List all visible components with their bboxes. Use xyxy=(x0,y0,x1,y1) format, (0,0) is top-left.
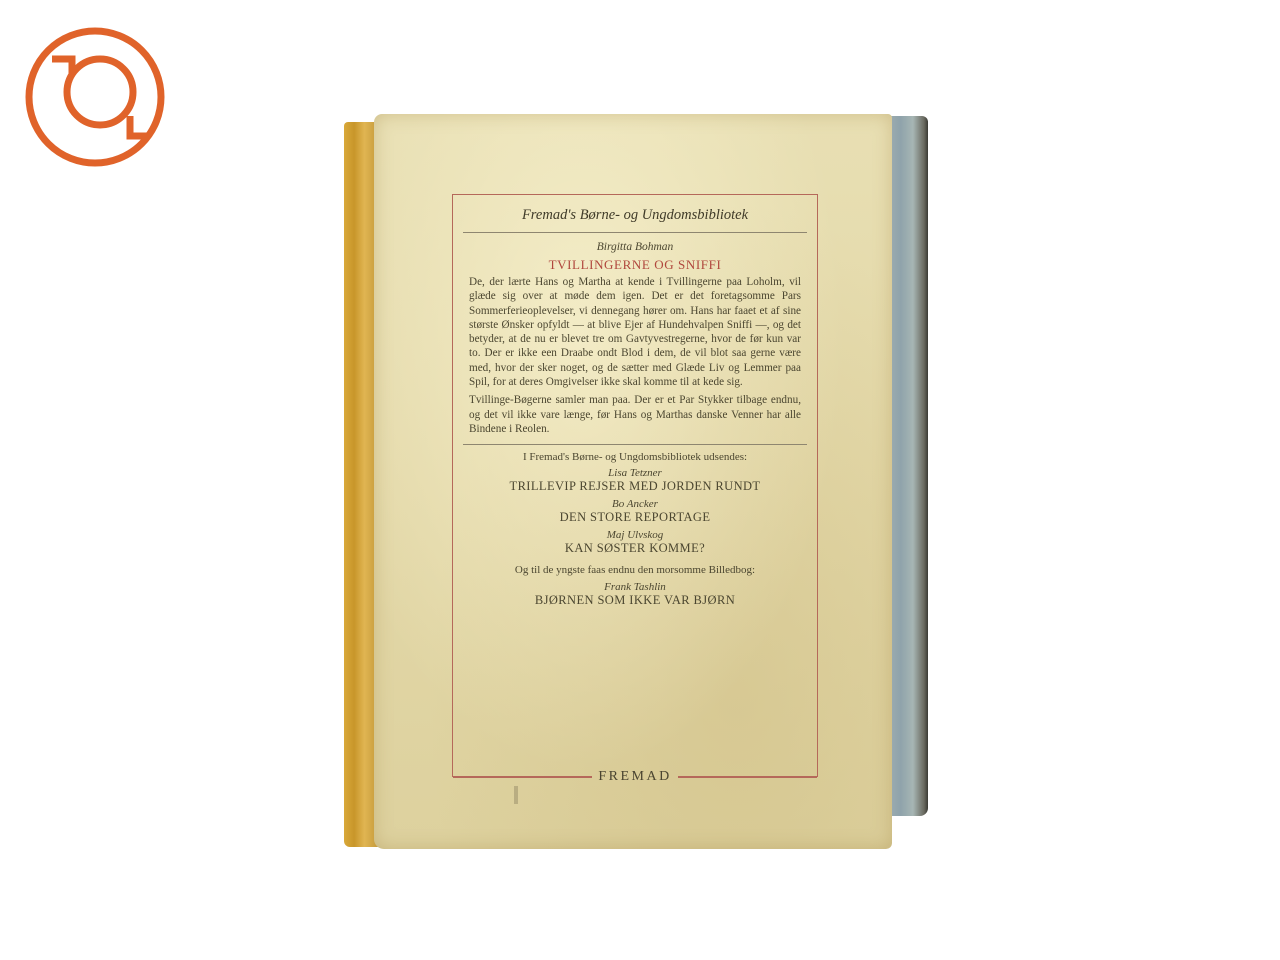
series-list-item: Bo Ancker DEN STORE REPORTAGE xyxy=(469,498,801,525)
text-frame: Fremad's Børne- og Ungdomsbibliotek Birg… xyxy=(452,194,818,777)
series-list-intro: I Fremad's Børne- og Ungdomsbibliotek ud… xyxy=(469,451,801,463)
series-title: Fremad's Børne- og Ungdomsbibliotek xyxy=(463,205,807,233)
brand-ring-logo-icon xyxy=(22,24,168,170)
list-item-title: BJØRNEN SOM IKKE VAR BJØRN xyxy=(469,593,801,608)
cover-scuff xyxy=(514,786,518,804)
book-title: TVILLINGERNE OG SNIFFI xyxy=(469,257,801,273)
book-cover: Fremad's Børne- og Ungdomsbibliotek Birg… xyxy=(374,114,892,849)
list-item-author: Frank Tashlin xyxy=(469,581,801,593)
book-author: Birgitta Bohman xyxy=(469,241,801,253)
frame-bottom: FREMAD xyxy=(453,769,817,785)
publisher-name: FREMAD xyxy=(592,769,677,785)
list-item-title: TRILLEVIP REJSER MED JORDEN RUNDT xyxy=(469,479,801,494)
extra-list-item: Frank Tashlin BJØRNEN SOM IKKE VAR BJØRN xyxy=(469,581,801,608)
description-paragraph: De, der lærte Hans og Martha at kende i … xyxy=(469,275,801,389)
book-description: De, der lærte Hans og Martha at kende i … xyxy=(469,275,801,436)
list-item-author: Maj Ulvskog xyxy=(469,529,801,541)
list-item-author: Bo Ancker xyxy=(469,498,801,510)
book-back-cover-photo: Fremad's Børne- og Ungdomsbibliotek Birg… xyxy=(344,112,934,852)
series-list-item: Lisa Tetzner TRILLEVIP REJSER MED JORDEN… xyxy=(469,467,801,494)
extra-note: Og til de yngste faas endnu den morsomme… xyxy=(469,564,801,577)
list-item-title: DEN STORE REPORTAGE xyxy=(469,510,801,525)
book-left-edge xyxy=(344,122,378,847)
divider xyxy=(463,444,807,445)
list-item-title: KAN SØSTER KOMME? xyxy=(469,541,801,556)
series-list-item: Maj Ulvskog KAN SØSTER KOMME? xyxy=(469,529,801,556)
list-item-author: Lisa Tetzner xyxy=(469,467,801,479)
description-paragraph: Tvillinge-Bøgerne samler man paa. Der er… xyxy=(469,393,801,436)
